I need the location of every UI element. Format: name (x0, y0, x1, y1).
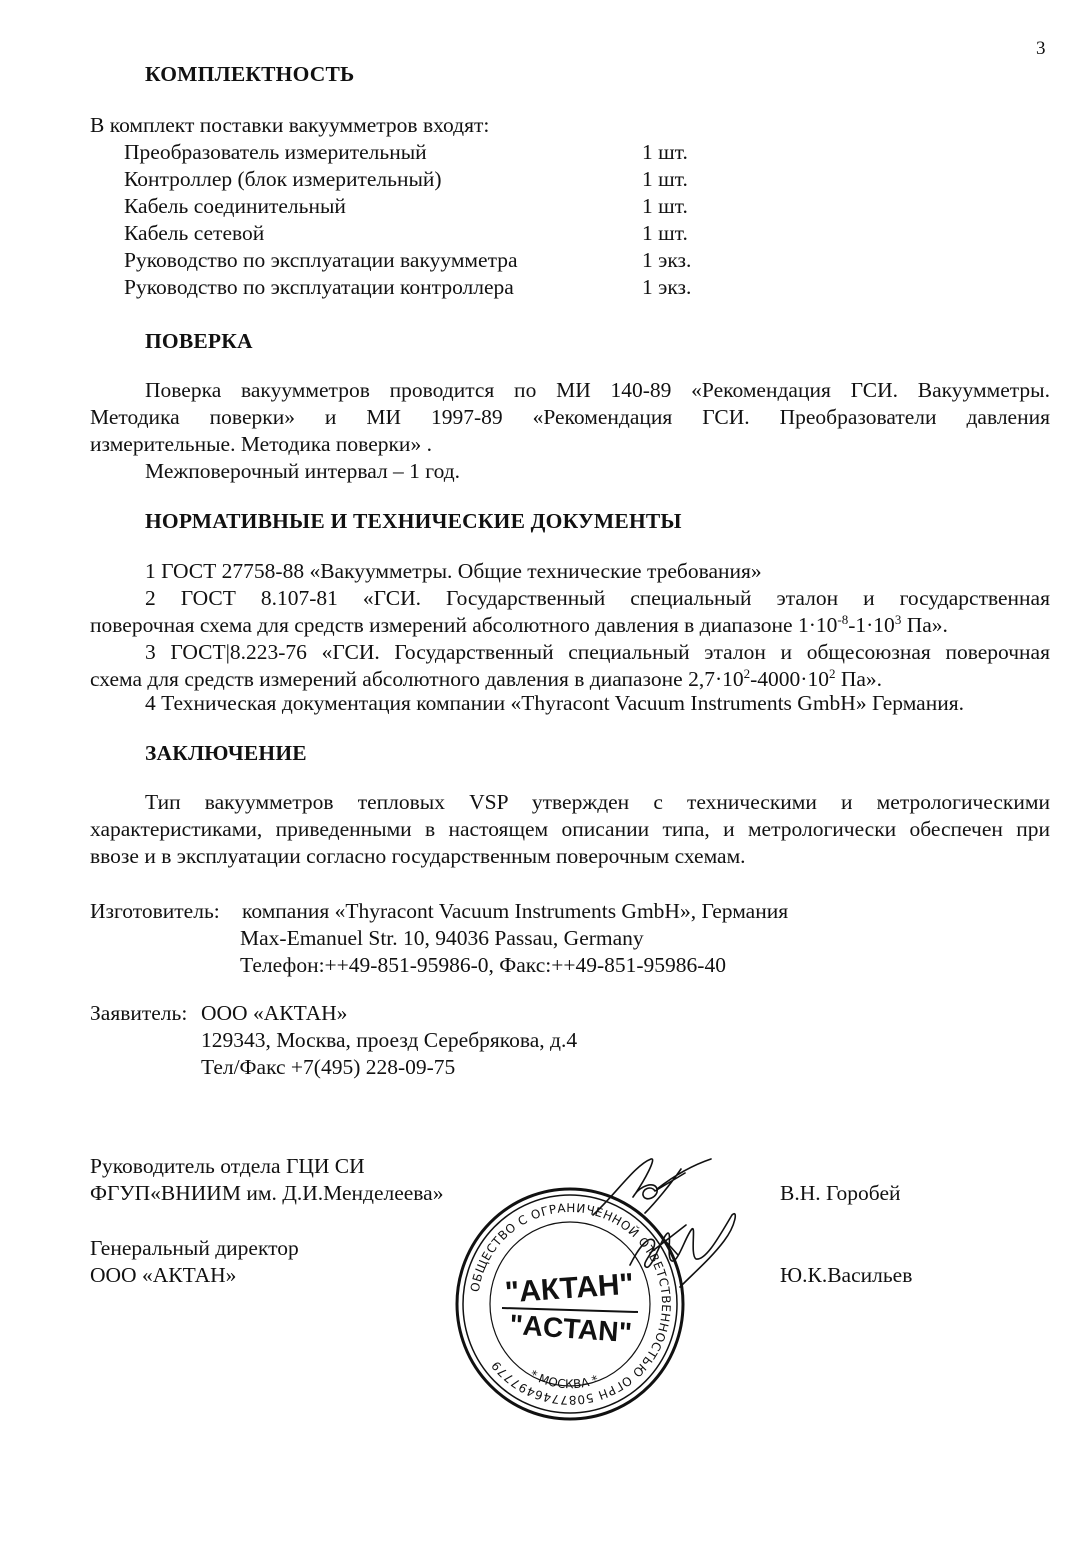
applicant-label: Заявитель: (90, 1000, 187, 1027)
document-item-continuation: схема для средств измерений абсолютного … (90, 666, 882, 693)
list-item-name: Кабель сетевой (124, 220, 264, 247)
komplektnost-intro: В комплект поставки вакуумметров входят: (90, 112, 489, 139)
poverka-text-line: Поверка вакуумметров проводится по МИ 14… (145, 377, 1050, 404)
document-item: 1 ГОСТ 27758-88 «Вакуумметры. Общие техн… (145, 558, 762, 585)
conclusion-text-line: Тип вакуумметров тепловых VSP утвержден … (145, 789, 1050, 816)
section-heading-conclusion: ЗАКЛЮЧЕНИЕ (145, 741, 307, 766)
manufacturer-address: Max-Emanuel Str. 10, 94036 Passau, Germa… (240, 925, 644, 952)
list-item-qty: 1 шт. (642, 220, 688, 247)
applicant-address: 129343, Москва, проезд Серебрякова, д.4 (201, 1027, 577, 1054)
conclusion-text-line: характеристиками, приведенными в настоящ… (90, 816, 1050, 843)
poverka-text-line: Методика поверки» и МИ 1997-89 «Рекоменд… (90, 404, 1050, 431)
list-item-qty: 1 экз. (642, 274, 691, 301)
poverka-interval: Межповерочный интервал – 1 год. (145, 458, 460, 485)
manufacturer-name: компания «Thyracont Vacuum Instruments G… (242, 898, 788, 925)
signatory-name: Ю.К.Васильев (780, 1262, 912, 1289)
signatory-name: В.Н. Горобей (780, 1180, 901, 1207)
signatory-title: Руководитель отдела ГЦИ СИ (90, 1153, 365, 1180)
applicant-name: ООО «АКТАН» (201, 1000, 347, 1027)
document-item-continuation: поверочная схема для средств измерений а… (90, 612, 948, 639)
applicant-phone: Тел/Факс +7(495) 228-09-75 (201, 1054, 455, 1081)
section-heading-poverka: ПОВЕРКА (145, 329, 253, 354)
conclusion-text-line: ввозе и в эксплуатации согласно государс… (90, 843, 746, 870)
list-item-name: Преобразователь измерительный (124, 139, 427, 166)
signatory-title: ООО «АКТАН» (90, 1262, 236, 1289)
list-item-qty: 1 экз. (642, 247, 691, 274)
manufacturer-label: Изготовитель: (90, 898, 220, 925)
list-item-qty: 1 шт. (642, 166, 688, 193)
signatory-title: ФГУП«ВНИИМ им. Д.И.Менделеева» (90, 1180, 443, 1207)
list-item-qty: 1 шт. (642, 139, 688, 166)
document-item: 4 Техническая документация компании «Thy… (145, 690, 964, 717)
signature-vasilyev-icon (620, 1205, 750, 1305)
page-number: 3 (1036, 38, 1046, 60)
manufacturer-phone: Телефон:++49-851-95986-0, Факс:++49-851-… (240, 952, 726, 979)
poverka-text-line: измерительные. Методика поверки» . (90, 431, 432, 458)
list-item-name: Руководство по эксплуатации вакуумметра (124, 247, 518, 274)
list-item-name: Контроллер (блок измерительный) (124, 166, 442, 193)
list-item-name: Руководство по эксплуатации контроллера (124, 274, 514, 301)
section-heading-documents: НОРМАТИВНЫЕ И ТЕХНИЧЕСКИЕ ДОКУМЕНТЫ (145, 509, 682, 534)
signatory-title: Генеральный директор (90, 1235, 299, 1262)
list-item-qty: 1 шт. (642, 193, 688, 220)
section-heading-komplektnost: КОМПЛЕКТНОСТЬ (145, 62, 354, 87)
stamp-center-top: "АКТАН" (504, 1268, 635, 1310)
list-item-name: Кабель соединительный (124, 193, 346, 220)
document-item: 2 ГОСТ 8.107-81 «ГСИ. Государственный сп… (145, 585, 1050, 612)
stamp-center-bottom: "ACTAN" (508, 1309, 632, 1348)
document-item: 3 ГОСТ|8.223-76 «ГСИ. Государственный сп… (145, 639, 1050, 666)
